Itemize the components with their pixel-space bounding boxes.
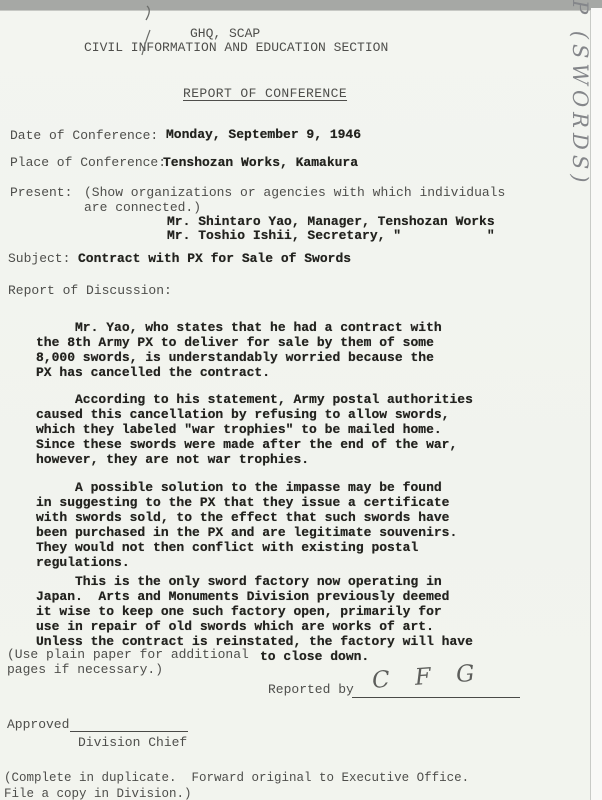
stray-pen-marks-icon [130,0,172,70]
date-label: Date of Conference: [10,128,158,143]
approved-role: Division Chief [78,735,187,750]
paper-right-edge [591,8,602,800]
present-note-line2: are connected.) [84,200,201,215]
scanner-top-edge [0,0,602,11]
scanned-document: GHQ, SCAP CIVIL INFORMATION AND EDUCATIO… [0,0,602,800]
org-name-line1: GHQ, SCAP [190,26,260,41]
place-value: Tenshozan Works, Kamakura [163,155,358,170]
approved-line [70,718,188,732]
document-title: REPORT OF CONFERENCE [183,86,347,101]
paragraph-1: Mr. Yao, who states that he had a contra… [36,320,442,380]
approved-label: Approved [7,717,69,732]
place-label: Place of Conference: [10,155,166,170]
paragraph-2: According to his statement, Army postal … [36,392,473,467]
discussion-label: Report of Discussion: [8,283,172,298]
present-label: Present: [10,185,72,200]
plain-paper-note: (Use plain paper for additional pages if… [7,647,249,677]
paragraph-4: This is the only sword factory now opera… [36,574,473,649]
handwritten-margin-note: P (SWORDS) [568,0,592,187]
date-value: Monday, September 9, 1946 [166,127,361,142]
attendee-2: Mr. Toshio Ishii, Secretary, " " [167,228,495,243]
paragraph-4-last-line: to close down. [260,649,369,664]
attendee-1: Mr. Shintaro Yao, Manager, Tenshozan Wor… [167,214,495,229]
footer-note: (Complete in duplicate. Forward original… [4,771,469,800]
subject-value: Contract with PX for Sale of Swords [78,251,351,266]
paragraph-3: A possible solution to the impasse may b… [36,480,457,570]
subject-label: Subject: [8,251,70,266]
reported-by-label: Reported by [268,682,354,697]
present-note-line1: (Show organizations or agencies with whi… [84,185,505,200]
